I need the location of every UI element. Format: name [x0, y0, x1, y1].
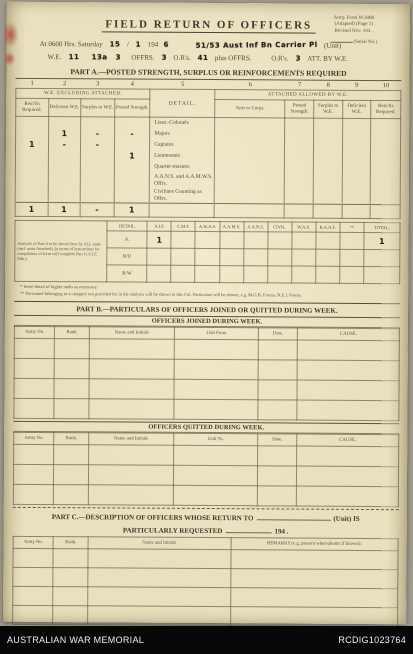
column-number: 10 [371, 81, 401, 91]
column-number: 7 [285, 80, 314, 90]
column-header: A.W.A.S. [195, 221, 219, 231]
cell [54, 484, 89, 504]
cell [296, 466, 398, 487]
cell [315, 249, 339, 266]
cell [114, 187, 150, 203]
table-row [14, 398, 399, 420]
group-header-detail: DETAIL. [150, 89, 215, 117]
part-c-heading-text: PART C.—DESCRIPTION OF OFFICERS WHOSE RE… [52, 513, 254, 522]
cell [285, 162, 314, 173]
cell: - [80, 139, 114, 150]
cell [258, 465, 297, 485]
cell [171, 265, 195, 282]
cell [173, 485, 258, 506]
column-number: 4 [115, 79, 151, 89]
part-c-heading-line2: PARTICULARLY REQUESTED194 . [13, 523, 399, 535]
column-header: Rank. [53, 536, 88, 548]
cell [258, 399, 297, 419]
table-row [13, 567, 398, 588]
cell [243, 232, 267, 249]
row-label: R/U [107, 248, 147, 265]
officers-quitted-table: Army No. Rank. Name and Initials Unit To… [13, 431, 399, 506]
cell [342, 189, 371, 205]
column-header: C.M.F. [171, 221, 195, 231]
cell [48, 172, 81, 187]
analysis-table: Analysis of Part A to be shown here by A… [14, 220, 400, 284]
date-prefix: At 0600 Hrs. Saturday [40, 40, 103, 48]
cell [15, 187, 48, 203]
row-label: R/W [107, 265, 147, 282]
table-row [13, 464, 398, 486]
cell [48, 161, 81, 172]
column-header: DETAIL. [107, 221, 147, 231]
column-number: 9 [342, 81, 371, 91]
column-header: Army No. [14, 432, 54, 444]
ors-label: O.R's. [271, 54, 288, 62]
offrs-stamp: 3 [161, 54, 166, 62]
cell [89, 358, 174, 379]
column-header: CAUSE. [297, 328, 399, 341]
cell [292, 232, 316, 249]
unit-blank [256, 512, 330, 520]
part-c-table: Army No. Rank. Name and Initials REMARKS… [12, 535, 399, 626]
cell [15, 150, 48, 161]
cell [114, 139, 150, 150]
date-blank [225, 525, 271, 533]
column-header: CIVIL. [268, 222, 292, 232]
table-row [13, 484, 398, 506]
cell [174, 379, 259, 400]
cell [342, 204, 371, 218]
cell [243, 266, 267, 283]
cell [297, 446, 399, 467]
cell [14, 338, 55, 358]
part-a-table: 1 2 3 4 5 6 7 8 9 10 W.E. EXCLUDING ATTA… [15, 79, 402, 219]
column-header: Unit From [174, 327, 259, 340]
total-cell: 1 [15, 202, 48, 216]
unit-is-label: (Unit) IS [333, 514, 359, 522]
cell [291, 249, 315, 266]
column-header: Rank. [54, 432, 89, 444]
we-strength-line: W.E. 11 13a 3 OFFRS. 3 O.R's. 41 plus OF… [46, 53, 402, 63]
cell [195, 265, 219, 282]
cell [48, 150, 81, 161]
rank-label: Civilians Counting as Offrs. [149, 188, 214, 204]
army-form-reference: Army Form W.3088 (Adapted) (Page 1) Revi… [308, 16, 400, 47]
cell [313, 163, 342, 174]
column-header: Deficient W.E. [48, 99, 81, 117]
cell [149, 203, 214, 217]
cell [88, 548, 231, 568]
cell [285, 204, 314, 218]
cell [53, 605, 88, 624]
cell [214, 204, 284, 218]
cell [258, 485, 297, 505]
cell [215, 129, 285, 140]
cell [215, 162, 285, 173]
we-stamp: 11 [68, 53, 79, 61]
cell [243, 249, 267, 266]
cell [313, 152, 342, 163]
cell [267, 232, 291, 249]
cell [54, 398, 89, 418]
year-printed: 194 [148, 41, 159, 49]
form-ref-line: (Serial No.) [308, 34, 400, 46]
cell [285, 140, 314, 151]
cell [53, 548, 88, 567]
cell [258, 379, 297, 399]
cell [314, 118, 343, 130]
cell [16, 128, 49, 139]
cell [285, 173, 314, 188]
part-c-heading-line1: PART C.—DESCRIPTION OF OFFICERS WHOSE RE… [13, 510, 399, 522]
cell [371, 119, 401, 131]
cell [13, 567, 54, 586]
analysis-note: Analysis of Part A to be shown here by A… [15, 220, 108, 282]
offrs-label: OFFRS. [131, 54, 154, 62]
cell [147, 248, 171, 265]
column-number: 3 [81, 79, 115, 89]
cell [171, 248, 195, 265]
column-number: 5 [150, 80, 215, 90]
cell: - [114, 128, 150, 139]
att-by-we-label: ATT. BY W.E. [307, 55, 348, 63]
column-header: Name and Initials [88, 536, 231, 549]
cell [230, 587, 398, 607]
cell [230, 568, 398, 588]
cell [55, 338, 90, 358]
column-header: Name and Initials [89, 326, 174, 339]
cell [88, 605, 231, 625]
cell [13, 586, 54, 605]
cell [13, 464, 54, 484]
column-header: REMARKS (e.g. present whereabouts if kno… [231, 537, 399, 550]
table-row [14, 338, 399, 360]
cell [342, 141, 371, 152]
att-stamp: 3 [295, 55, 300, 63]
cell [259, 359, 298, 379]
cell [340, 232, 364, 249]
cell [55, 358, 90, 378]
ors-label: O.R's. [173, 54, 190, 62]
section-divider [14, 300, 400, 303]
cell [370, 174, 400, 189]
we-stamp: 3 [115, 53, 120, 61]
column-header: R.A.A.F. [316, 222, 340, 232]
cell [297, 380, 399, 401]
column-header: ** [340, 222, 364, 232]
table-row [14, 378, 399, 400]
cell [285, 118, 314, 130]
cell [342, 163, 371, 174]
plus-offrs-label: plus OFFRS. [215, 54, 252, 62]
cell [88, 567, 231, 587]
column-header: A.A.N.S. [244, 222, 268, 232]
table-row [13, 548, 398, 569]
table-row [14, 444, 399, 466]
cell [259, 339, 298, 359]
column-header: Surplus to W.E. [314, 100, 343, 118]
column-number: 6 [215, 80, 285, 90]
dashed-divider [13, 506, 399, 509]
cell [81, 117, 115, 129]
cell [230, 606, 398, 626]
column-header: Rein'fts Required. [16, 98, 49, 116]
column-header: Rank. [55, 326, 90, 338]
cell [53, 586, 88, 605]
total-cell: 1 [114, 203, 150, 217]
column-header: Rein'fts Required. [371, 101, 401, 119]
cell [297, 340, 399, 361]
cell [14, 378, 55, 398]
cell [16, 116, 49, 128]
red-archival-mark [4, 52, 16, 66]
cell [297, 360, 399, 381]
cell [230, 549, 398, 569]
cell [171, 231, 195, 248]
column-header: Date. [259, 327, 298, 339]
cell [267, 249, 291, 266]
column-number: 2 [48, 79, 81, 89]
table-row [14, 358, 399, 380]
cell [88, 586, 231, 606]
cell [14, 358, 55, 378]
cell [315, 266, 339, 283]
column-header: Unit To. [173, 433, 258, 446]
we-label: W.E. [48, 53, 62, 61]
column-header: Date. [258, 433, 297, 445]
footnote: ** Personnel belonging to a category not… [20, 291, 400, 300]
cell: - [81, 128, 115, 139]
scanned-form-paper: FIELD RETURN OF OFFICERS Army Form W.308… [3, 2, 410, 624]
cell [80, 187, 114, 203]
cell [215, 173, 285, 188]
table-row [13, 586, 398, 607]
cell [314, 130, 343, 141]
cell [89, 378, 174, 399]
cell [174, 339, 259, 360]
cell [114, 172, 150, 187]
column-header: Deficient W.E. [342, 100, 371, 118]
part-b-heading: PART B.—PARTICULARS OF OFFICERS JOINED O… [14, 304, 400, 314]
cell [291, 266, 315, 283]
cell [296, 486, 398, 507]
cell [313, 189, 342, 205]
cell: 1 [364, 232, 400, 249]
rank-label: Lieutenants [150, 151, 215, 162]
rank-label: Lieut.-Colonels [150, 117, 215, 129]
column-header: Name and Initials [89, 432, 174, 445]
cell [340, 249, 364, 266]
cell [371, 152, 401, 163]
cell [219, 232, 243, 249]
cell [15, 172, 48, 187]
column-header: CAUSE. [297, 434, 399, 447]
cell [219, 266, 243, 283]
year-label: 194 . [274, 527, 288, 535]
cell: 1 [114, 150, 150, 161]
cell [371, 130, 401, 141]
cell [13, 548, 54, 567]
column-header: Army No. [13, 536, 53, 548]
cell [297, 400, 399, 421]
column-number: 1 [16, 79, 49, 89]
cell [54, 444, 89, 464]
cell [174, 359, 259, 380]
cell [258, 445, 297, 465]
cell [342, 130, 371, 141]
column-header: Arm or Corps. [215, 100, 285, 118]
column-header: Posted Strength. [285, 100, 314, 118]
cell [215, 140, 285, 151]
cell [285, 151, 314, 162]
cell: - [48, 139, 81, 150]
column-header: W.A.S. [292, 222, 316, 232]
cell [215, 118, 285, 130]
archive-footer-bar: AUSTRALIAN WAR MEMORIAL RCDIG1023764 [0, 626, 413, 654]
cell [339, 266, 363, 283]
cell [88, 484, 173, 505]
cell [342, 174, 371, 189]
totals-row: 1 1 - 1 [15, 202, 400, 218]
cell [53, 567, 88, 586]
column-header: Posted Strength. [114, 99, 150, 117]
cell [313, 204, 342, 218]
ors-stamp: 41 [197, 54, 208, 62]
cell [80, 161, 114, 172]
cell [80, 172, 114, 187]
unit-stamp: 51/53 Aust Inf Bn Carrier Pl [195, 41, 317, 50]
cell [48, 117, 81, 129]
row-label: A. [107, 231, 147, 248]
we-stamp: 13a [92, 53, 108, 61]
column-header: TOTAL. [364, 222, 400, 232]
cell [195, 231, 219, 248]
cell [215, 151, 285, 162]
total-cell: 1 [48, 203, 81, 217]
cell [114, 117, 150, 129]
cell [195, 248, 219, 265]
cell [342, 118, 371, 130]
cell [54, 378, 89, 398]
archive-reference-id: RCDIG1023764 [338, 635, 406, 645]
cell [48, 187, 81, 203]
cell [371, 141, 401, 152]
archive-institution-label: AUSTRALIAN WAR MEMORIAL [7, 635, 144, 645]
slash: / [127, 41, 129, 49]
cell [219, 249, 243, 266]
cell [314, 141, 343, 152]
particularly-requested-label: PARTICULARLY REQUESTED [123, 526, 223, 535]
total-cell: - [80, 203, 114, 217]
cell [316, 232, 340, 249]
cell [147, 265, 171, 282]
month-stamp: 1 [136, 41, 141, 49]
cell [267, 266, 291, 283]
rank-label: Quarter-masters [150, 162, 215, 173]
rank-label: A.A.N.S. and A.A.M.W.S. Offrs. [150, 173, 215, 188]
cell [89, 464, 174, 485]
cell [370, 204, 400, 218]
cell [174, 399, 259, 420]
cell [14, 398, 55, 418]
cell [14, 444, 55, 464]
year-stamp: 6 [163, 41, 168, 49]
cell [173, 445, 258, 466]
column-number: 8 [314, 81, 343, 91]
column-header: A.A.M.S. [219, 222, 243, 232]
cell [342, 152, 371, 163]
cell [363, 266, 399, 283]
cell [364, 249, 400, 266]
cell [285, 129, 314, 140]
cell [13, 484, 54, 504]
cell: 1 [15, 139, 48, 150]
cell [89, 444, 174, 465]
cell: 1 [48, 128, 81, 139]
cell [173, 465, 258, 486]
officers-joined-table: Army No. Rank. Name and Initials Unit Fr… [13, 325, 400, 420]
cell: 1 [147, 231, 171, 248]
cell [13, 605, 54, 624]
cell [370, 189, 400, 205]
day-stamp: 15 [109, 40, 120, 48]
cell [114, 161, 150, 172]
table-row [13, 605, 398, 626]
cell [89, 338, 174, 359]
rank-label: Majors [150, 129, 215, 140]
column-header: Army No. [14, 326, 54, 338]
column-header: Surplus to W.E. [81, 99, 115, 117]
column-header: A.I.F. [147, 221, 171, 231]
cell [313, 174, 342, 189]
cell [215, 188, 285, 204]
cell [80, 150, 114, 161]
cell [15, 161, 48, 172]
cell [285, 188, 314, 204]
cell [371, 163, 401, 174]
cell [54, 464, 89, 484]
rank-label: Captains [150, 140, 215, 151]
cell [89, 398, 174, 419]
